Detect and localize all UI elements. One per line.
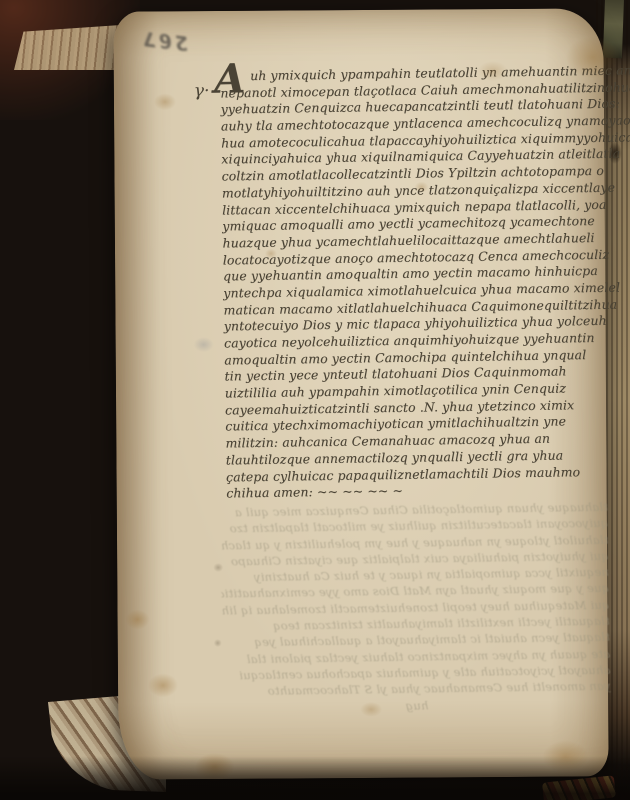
ribbon-bookmark bbox=[603, 0, 624, 58]
margin-speck bbox=[214, 639, 222, 647]
handwritten-text-block: A uh ymixquich ypampahin teutlatolli yn … bbox=[220, 63, 618, 503]
foxing-stain bbox=[125, 609, 149, 629]
foxing-stain bbox=[194, 337, 214, 352]
foxing-stain bbox=[542, 740, 588, 772]
sewn-endband bbox=[542, 775, 616, 800]
foxing-stain bbox=[154, 93, 176, 110]
manuscript-page: 267 γ· A uh ymixquich ypampahin teutlato… bbox=[113, 8, 608, 779]
foxing-stain bbox=[148, 673, 178, 697]
manuscript-photo: 267 γ· A uh ymixquich ypampahin teutlato… bbox=[0, 0, 630, 800]
manuscript-line-text: uh ymixquich ypampahin teutlatolli yn am… bbox=[250, 62, 630, 83]
folio-number-smudge: 267 bbox=[139, 26, 189, 54]
verso-showthrough-block: tlahuaque yhuan quimotlaçotilia Cihua Ce… bbox=[220, 499, 611, 717]
decorated-initial: A bbox=[214, 62, 246, 96]
margin-paragraph-mark: γ· bbox=[194, 81, 210, 101]
foxing-stain bbox=[195, 753, 235, 781]
